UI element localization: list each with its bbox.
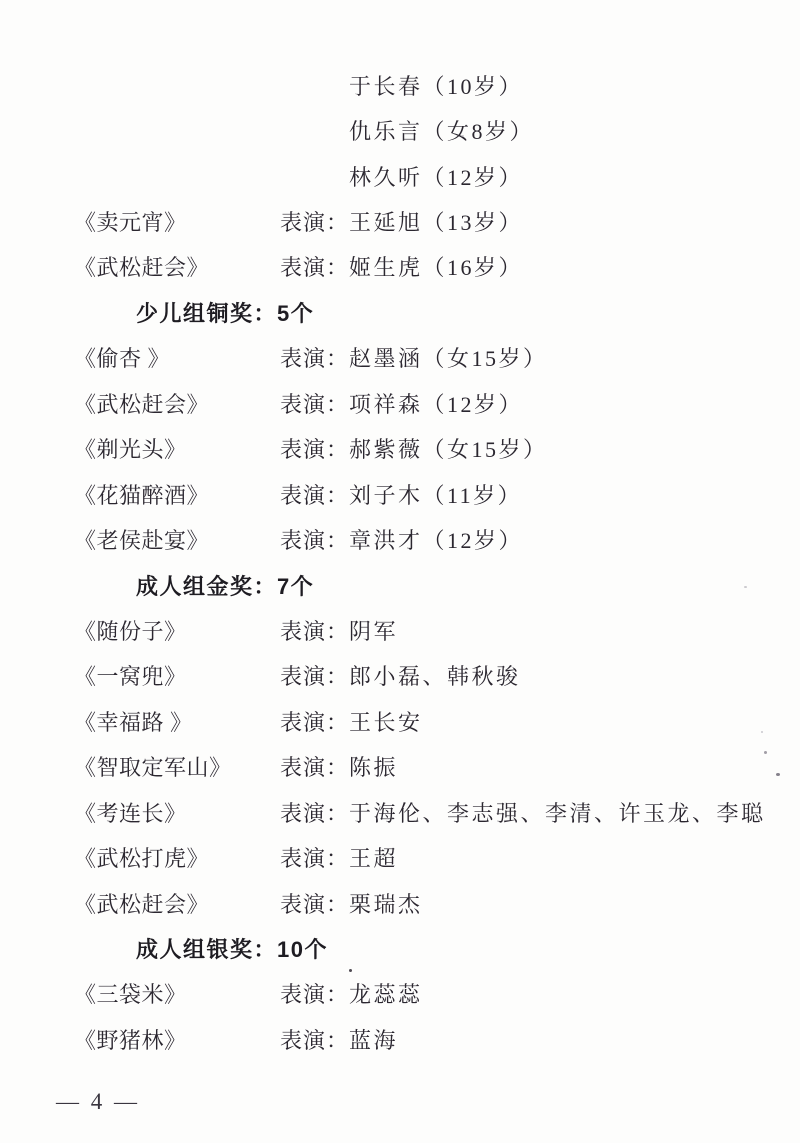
work-title: 《三袋米》	[74, 984, 187, 1006]
award-row: 《花猫醉酒》表演：刘子木（11岁）	[0, 473, 800, 518]
award-row: 《武松打虎》表演：王超	[0, 836, 800, 881]
award-row: 林久听（12岁）	[0, 155, 800, 200]
award-row: 《武松赶会》表演：栗瑞杰	[0, 882, 800, 927]
page-footer: — 4 —	[56, 1089, 140, 1115]
work-title: 《幸福路 》	[74, 712, 193, 734]
work-title: 《武松赶会》	[74, 394, 209, 416]
award-row: 《剃光头》表演：郝紫薇（女15岁）	[0, 428, 800, 473]
performer-names: 蓝海	[349, 1030, 398, 1052]
award-row: 《武松赶会》表演：项祥森（12岁）	[0, 382, 800, 427]
performer-names: 王延旭（13岁）	[349, 212, 523, 234]
performer-label: 表演：	[280, 848, 349, 870]
work-title: 《剃光头》	[74, 439, 187, 461]
section-heading-row: 少儿组铜奖：5个	[68, 291, 800, 336]
performer-label: 表演：	[280, 394, 349, 416]
performer-label: 表演：	[280, 894, 349, 916]
performer-label: 表演：	[280, 257, 349, 279]
performer-names: 项祥森（12岁）	[349, 394, 523, 416]
section-heading: 成人组金奖：7个	[136, 576, 314, 598]
work-title: 《野猪林》	[74, 1030, 187, 1052]
award-row: 《武松赶会》表演：姬生虎（16岁）	[0, 246, 800, 291]
work-title: 《卖元宵》	[74, 212, 187, 234]
award-row: 于长春（10岁）	[0, 64, 800, 109]
performer-names: 郎小磊、韩秋骏	[349, 666, 521, 688]
performer-names: 陈振	[349, 757, 398, 779]
performer-names: 龙蕊蕊	[349, 984, 423, 1006]
work-title: 《智取定军山》	[74, 757, 232, 779]
section-heading-row: 成人组银奖：10个	[68, 927, 800, 972]
award-row: 《智取定军山》表演：陈振	[0, 746, 800, 791]
work-title: 《偷杏 》	[74, 348, 170, 370]
award-row: 《三袋米》表演：龙蕊蕊	[0, 973, 800, 1018]
work-title: 《随份子》	[74, 621, 187, 643]
award-row: 《随份子》表演：阴军	[0, 609, 800, 654]
award-row: 《偷杏 》表演：赵墨涵（女15岁）	[0, 337, 800, 382]
performer-label: 表演：	[280, 1030, 349, 1052]
performer-names: 栗瑞杰	[349, 894, 423, 916]
scanned-document-page: 于长春（10岁）仇乐言（女8岁）林久听（12岁）《卖元宵》表演：王延旭（13岁）…	[0, 0, 800, 1143]
award-lines: 于长春（10岁）仇乐言（女8岁）林久听（12岁）《卖元宵》表演：王延旭（13岁）…	[0, 64, 800, 1064]
award-row: 《一窝兜》表演：郎小磊、韩秋骏	[0, 655, 800, 700]
section-heading: 成人组银奖：10个	[136, 939, 328, 961]
work-title: 《一窝兜》	[74, 666, 187, 688]
work-title: 《老侯赴宴》	[74, 530, 209, 552]
performer-label: 表演：	[280, 984, 349, 1006]
performer-names: 姬生虎（16岁）	[349, 257, 523, 279]
performer-label: 表演：	[280, 439, 349, 461]
section-heading: 少儿组铜奖：5个	[136, 303, 314, 325]
performer-names: 赵墨涵（女15岁）	[349, 348, 548, 370]
performer-names: 王超	[349, 848, 398, 870]
performer-names: 林久听（12岁）	[349, 167, 523, 189]
performer-label: 表演：	[280, 530, 349, 552]
performer-names: 章洪才（12岁）	[349, 530, 523, 552]
performer-label: 表演：	[280, 212, 349, 234]
performer-label: 表演：	[280, 348, 349, 370]
performer-names: 于海伦、李志强、李清、许玉龙、李聪	[349, 803, 766, 825]
performer-names: 于长春（10岁）	[349, 76, 523, 98]
performer-names: 王长安	[349, 712, 423, 734]
page-number: — 4 —	[56, 1089, 140, 1114]
award-row: 《老侯赴宴》表演：章洪才（12岁）	[0, 518, 800, 563]
award-row: 《幸福路 》表演：王长安	[0, 700, 800, 745]
award-row: 《卖元宵》表演：王延旭（13岁）	[0, 200, 800, 245]
work-title: 《武松赶会》	[74, 894, 209, 916]
work-title: 《考连长》	[74, 803, 187, 825]
performer-label: 表演：	[280, 757, 349, 779]
performer-label: 表演：	[280, 803, 349, 825]
performer-label: 表演：	[280, 485, 349, 507]
section-heading-row: 成人组金奖：7个	[68, 564, 800, 609]
work-title: 《花猫醉酒》	[74, 485, 209, 507]
work-title: 《武松打虎》	[74, 848, 209, 870]
award-row: 仇乐言（女8岁）	[0, 109, 800, 154]
work-title: 《武松赶会》	[74, 257, 209, 279]
performer-label: 表演：	[280, 712, 349, 734]
performer-names: 郝紫薇（女15岁）	[349, 439, 548, 461]
performer-names: 阴军	[349, 621, 398, 643]
performer-names: 仇乐言（女8岁）	[349, 121, 534, 143]
performer-label: 表演：	[280, 621, 349, 643]
performer-label: 表演：	[280, 666, 349, 688]
performer-names: 刘子木（11岁）	[349, 485, 522, 507]
award-row: 《野猪林》表演：蓝海	[0, 1018, 800, 1063]
award-row: 《考连长》表演：于海伦、李志强、李清、许玉龙、李聪	[0, 791, 800, 836]
